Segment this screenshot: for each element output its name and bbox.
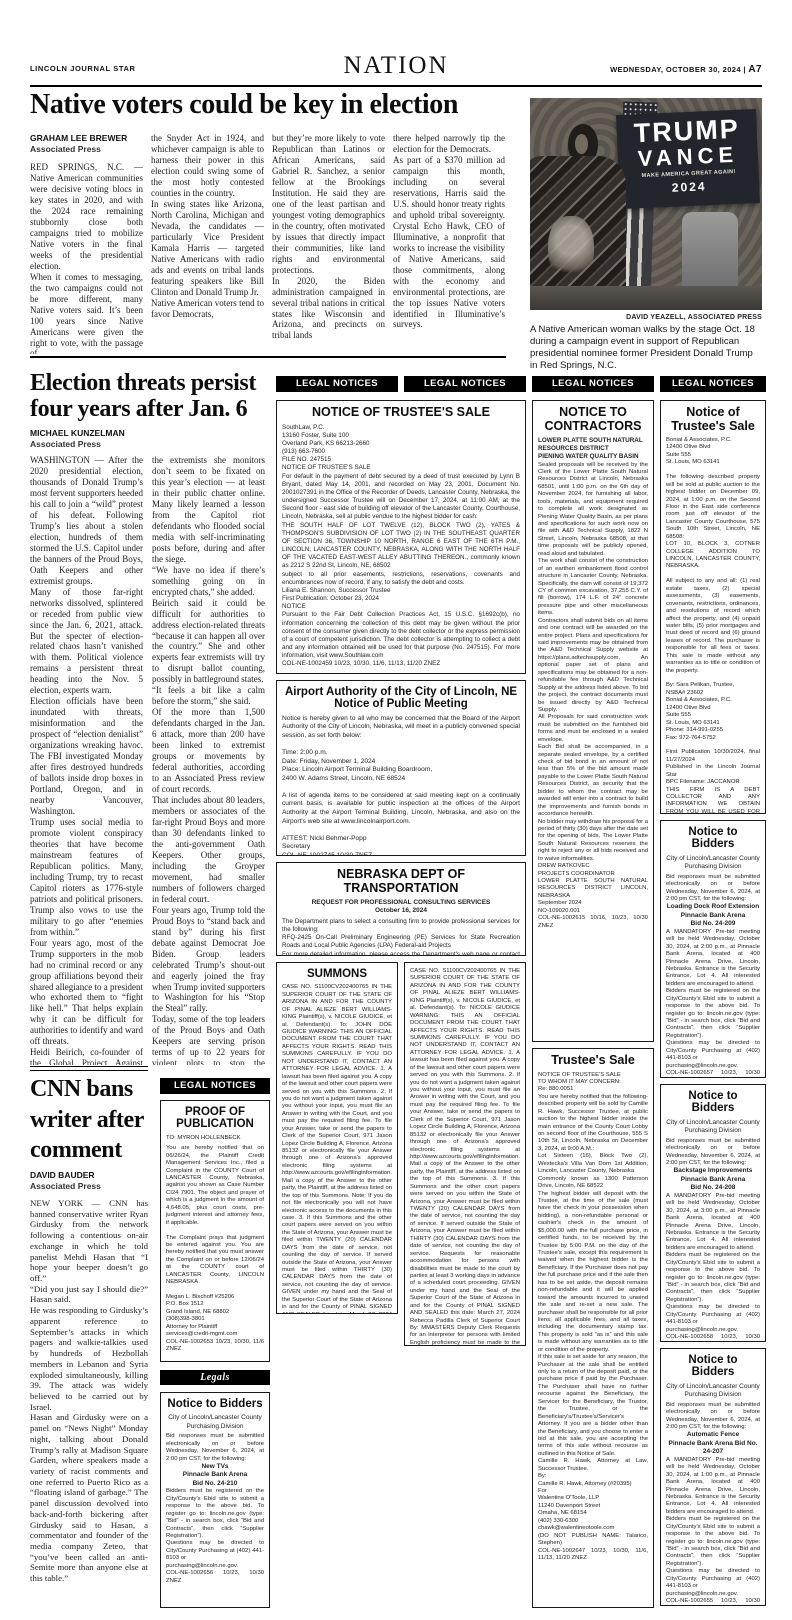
notice-body: NOTICE OF TRUSTEE'S SALE TO WHOM IT MAY … [538,1072,648,1563]
notice-summons-1: SUMMONS CASE NO. S1100CV202400765 IN THE… [276,962,398,1314]
threats-byline-org: Associated Press [30,439,125,450]
masthead-page-number: A7 [748,64,762,75]
cnn-headline: CNN bans writer after comment [30,1074,155,1166]
notice-title: Notice of Trustee's Sale [666,406,760,433]
cnn-body: NEW YORK — CNN has banned conservative w… [30,1198,148,1606]
notice-to-bidders-fence: Notice to Bidders City of Lincoln/Lancas… [660,1348,766,1606]
notice-subject: New TVs Pinnacle Bank Arena Bid No. 24-2… [166,1463,264,1488]
notice-addressee: TO: MYRON HOLLENBECK [166,1135,264,1142]
notice-title: NOTICE OF TRUSTEE'S SALE [282,406,520,420]
notice-to-bidders-backstage: Notice to Bidders City of Lincoln/Lancas… [660,1084,766,1342]
notice-title: Notice to Bidders [666,1354,760,1379]
notice-subject: Loading Dock Roof Extension Pinnacle Ban… [666,903,760,928]
masthead-date: WEDNESDAY, OCTOBER 30, 2024 [610,65,741,74]
photo-credit: DAVID YEAZELL, ASSOCIATED PRESS [530,314,762,321]
threats-byline-name: MICHAEL KUNZELMAN [30,428,125,439]
legal-notices-bar-1: LEGAL NOTICES [276,376,398,392]
notice-trustees-sale-southlaw: NOTICE OF TRUSTEE'S SALE SouthLaw, P.C. … [276,400,526,674]
notice-intro: Bid responses must be submitted electron… [166,1433,264,1463]
notice-intro: Bid responses must be submitted electron… [666,1402,760,1432]
legal-notices-bar-4: LEGAL NOTICES [660,376,766,392]
notice-title: NEBRASKA DEPT OF TRANSPORTATION [282,868,520,895]
notice-body: A MANDATORY Pre-bid meeting will be held… [666,1193,760,1342]
notice-org: City of Lincoln/Lancaster County Purchas… [666,855,760,872]
notice-title: NOTICE TO CONTRACTORS [538,406,648,433]
notice-to-bidders-tvs: Notice to Bidders City of Lincoln/Lancas… [160,1392,270,1608]
notice-subject: Backstage Improvements Pinnacle Bank Are… [666,1167,760,1192]
notice-to-contractors: NOTICE TO CONTRACTORS LOWER PLATTE SOUTH… [532,400,654,1042]
notice-org: City of Lincoln/Lancaster County Purchas… [666,1383,760,1400]
patterned-shawl [530,156,626,310]
notice-org: City of Lincoln/Lancaster County Purchas… [166,1414,264,1431]
notice-body: Bidders must be registered on the City/C… [166,1488,264,1585]
photo-caption: A Native American woman walks by the sta… [530,324,762,372]
notice-lead: LOWER PLATTE SOUTH NATURAL RESOURCES DIS… [538,437,648,462]
notice-title: SUMMONS [282,968,392,980]
masthead-separator: | [743,65,746,74]
lead-column-2: the Snyder Act in 1924, and whichever ca… [151,133,264,354]
notice-body: A MANDATORY Pre-bid meeting will be held… [666,1457,760,1606]
notice-body: Bonial & Associates, P.C. 12400 Olive Bl… [666,437,760,814]
legals-bar: Legals [160,1370,270,1385]
masthead-date-page: WEDNESDAY, OCTOBER 30, 2024 | A7 [610,64,762,75]
lead-byline-name: GRAHAM LEE BREWER [30,133,127,144]
notice-title: Airport Authority of the City of Lincoln… [282,686,520,711]
notice-to-bidders-roof: Notice to Bidders City of Lincoln/Lancas… [660,820,766,1078]
notice-trustees-sale-hawk: Trustee's Sale NOTICE OF TRUSTEE'S SALE … [532,1048,654,1608]
threats-column-2: the extremists she monitors don’t seem t… [152,455,265,1065]
notice-body: Sealed proposals will be received by the… [538,462,648,931]
lead-byline: GRAHAM LEE BREWER Associated Press [30,133,127,156]
newspaper-page: LINCOLN JOURNAL STAR NATION WEDNESDAY, O… [0,0,792,1620]
sign-text-year: 2024 [619,177,759,197]
notice-body: Notice is hereby given to all who may be… [282,715,520,856]
lead-photo: TRUMP VANCE MAKE AMERICA GREAT AGAIN! 20… [530,98,762,310]
notice-org: City of Lincoln/Lancaster County Purchas… [666,1119,760,1136]
threats-headline: Election threats persist four years afte… [30,370,275,423]
cnn-divider-rule [30,1066,148,1071]
trump-vance-sign: TRUMP VANCE MAKE AMERICA GREAT AGAIN! 20… [616,109,760,209]
notice-subject: Automatic Fence Pinnacle Bank Arena Bid … [666,1431,760,1456]
lead-headline: Native voters could be key in election [30,90,530,119]
legal-notices-bar-2: LEGAL NOTICES [404,376,526,392]
section-divider-rule [30,356,506,358]
notice-body: SouthLaw, P.C. 13160 Foster, Suite 100 O… [282,424,520,669]
cnn-byline-name: DAVID BAUDER [30,1170,101,1181]
notice-intro: Bid responses must be submitted electron… [666,874,760,904]
threats-column-1: WASHINGTON — After the 2020 presidential… [30,455,143,1065]
lead-column-4: there helped narrowly tip the election f… [393,133,505,354]
notice-title: Notice to Bidders [166,1398,264,1410]
notice-title: Notice to Bidders [666,826,760,851]
threats-byline: MICHAEL KUNZELMAN Associated Press [30,428,125,451]
lead-byline-org: Associated Press [30,144,127,155]
notice-proof-of-publication: PROOF OF PUBLICATION TO: MYRON HOLLENBEC… [160,1100,270,1362]
notice-airport-meeting: Airport Authority of the City of Lincoln… [276,680,526,856]
notice-body: CASE NO. S1100CV202400765 IN THE SUPERIO… [410,968,520,1346]
notice-body: A MANDATORY Pre-bid meeting will be held… [666,929,760,1078]
lead-column-1: RED SPRINGS, N.C. — Native American comm… [30,162,143,354]
notice-intro: Bid responses must be submitted electron… [666,1138,760,1168]
cnn-byline: DAVID BAUDER Associated Press [30,1170,101,1193]
legal-notices-bar-5: LEGAL NOTICES [160,1078,270,1094]
cnn-byline-org: Associated Press [30,1181,101,1192]
notice-summons-2: CASE NO. S1100CV202400765 IN THE SUPERIO… [404,962,526,1346]
notice-title: PROOF OF PUBLICATION [166,1106,264,1131]
notice-nebraska-dot: NEBRASKA DEPT OF TRANSPORTATION REQUEST … [276,862,526,956]
legal-notices-bar-3: LEGAL NOTICES [532,376,654,392]
notice-subtitle: REQUEST FOR PROFESSIONAL CONSULTING SERV… [282,899,520,916]
lead-column-3: but they’re more likely to vote Republic… [272,133,385,354]
notice-body: CASE NO. S1100CV202400765 IN THE SUPERIO… [282,984,392,1314]
woman-silhouette [530,124,626,310]
notice-title: Notice to Bidders [666,1090,760,1115]
notice-body: The Department plans to select a consult… [282,918,520,956]
sign-text-vance: VANCE [617,142,758,171]
chair [682,212,738,304]
notice-title: Trustee's Sale [538,1054,648,1068]
masthead-rule [30,85,762,87]
notice-body: You are hereby notified that on 06/26/24… [166,1145,264,1353]
notice-trustees-sale-bonial: Notice of Trustee's Sale Bonial & Associ… [660,400,766,814]
